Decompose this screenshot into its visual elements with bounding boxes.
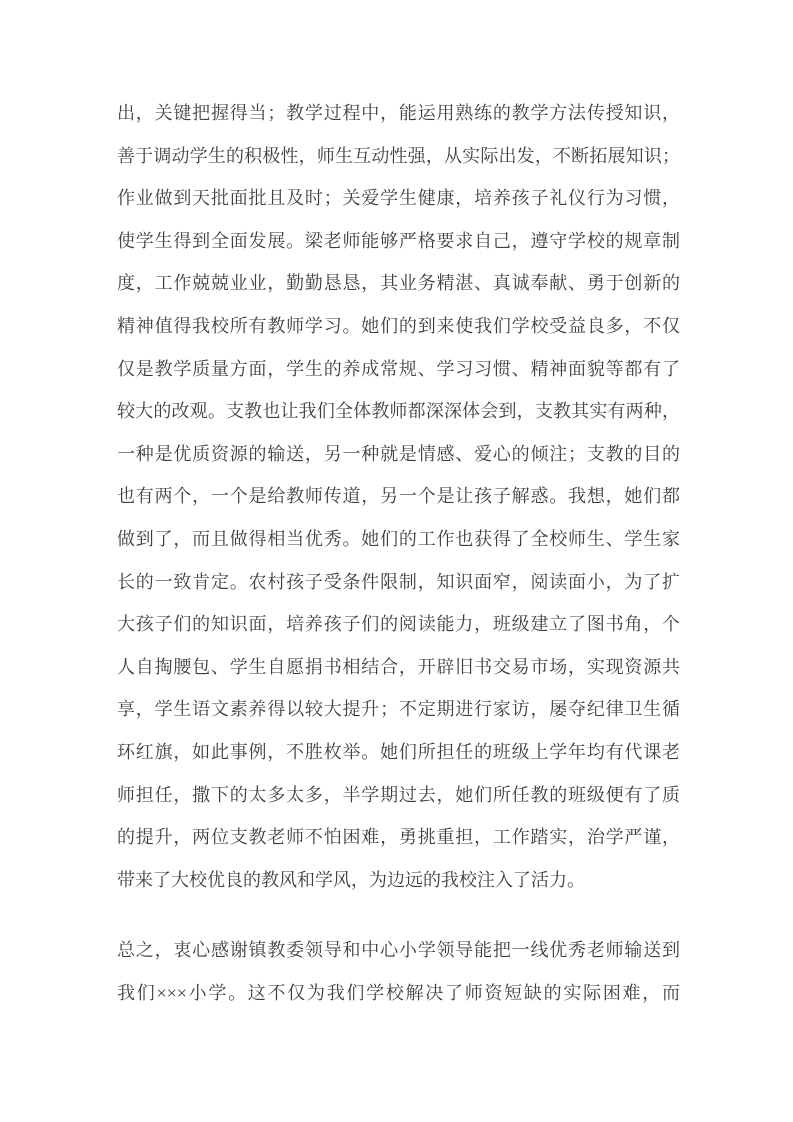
text-line: 较大的改观。支教也让我们全体教师都深深体会到，支教其实有两种， [117,390,680,433]
paragraph: 出，关键把握得当；教学过程中，能运用熟练的教学方法传授知识， 善于调动学生的积极… [117,92,680,901]
text-line: 仅是教学质量方面，学生的养成常规、学习习惯、精神面貌等都有了 [117,348,680,391]
text-line: 我们×××小学。这不仅为我们学校解决了师资短缺的实际困难，而 [117,972,680,1015]
text-line: 善于调动学生的积极性，师生互动性强，从实际出发，不断拓展知识； [117,135,680,178]
paragraph: 总之，衷心感谢镇教委领导和中心小学领导能把一线优秀老师输送到 我们×××小学。这… [117,929,680,1014]
document-page: 出，关键把握得当；教学过程中，能运用熟练的教学方法传授知识， 善于调动学生的积极… [0,0,793,1122]
text-line: 师担任，撒下的太多太多，半学期过去，她们所任教的班级便有了质 [117,774,680,817]
text-line: 总之，衷心感谢镇教委领导和中心小学领导能把一线优秀老师输送到 [117,929,680,972]
text-line: 带来了大校优良的教风和学风，为边远的我校注入了活力。 [117,859,680,902]
text-line: 度，工作兢兢业业，勤勤恳恳，其业务精湛、真诚奉献、勇于创新的 [117,262,680,305]
text-line: 做到了，而且做得相当优秀。她们的工作也获得了全校师生、学生家 [117,518,680,561]
text-line: 的提升，两位支教老师不怕困难，勇挑重担，工作踏实，治学严谨， [117,816,680,859]
text-line: 人自掏腰包、学生自愿捐书相结合，开辟旧书交易市场，实现资源共 [117,646,680,689]
text-line: 出，关键把握得当；教学过程中，能运用熟练的教学方法传授知识， [117,92,680,135]
text-block: 出，关键把握得当；教学过程中，能运用熟练的教学方法传授知识， 善于调动学生的积极… [117,92,680,1014]
text-line: 作业做到天批面批且及时；关爱学生健康，培养孩子礼仪行为习惯， [117,177,680,220]
text-line: 也有两个，一个是给教师传道，另一个是让孩子解惑。我想，她们都 [117,475,680,518]
text-line: 一种是优质资源的输送，另一种就是情感、爱心的倾注；支教的目的 [117,433,680,476]
text-line: 使学生得到全面发展。梁老师能够严格要求自己，遵守学校的规章制 [117,220,680,263]
text-line: 享，学生语文素养得以较大提升；不定期进行家访，屡夺纪律卫生循 [117,688,680,731]
text-line: 精神值得我校所有教师学习。她们的到来使我们学校受益良多，不仅 [117,305,680,348]
text-line: 大孩子们的知识面，培养孩子们的阅读能力，班级建立了图书角，个 [117,603,680,646]
text-line: 长的一致肯定。农村孩子受条件限制，知识面窄，阅读面小，为了扩 [117,561,680,604]
text-line: 环红旗，如此事例，不胜枚举。她们所担任的班级上学年均有代课老 [117,731,680,774]
